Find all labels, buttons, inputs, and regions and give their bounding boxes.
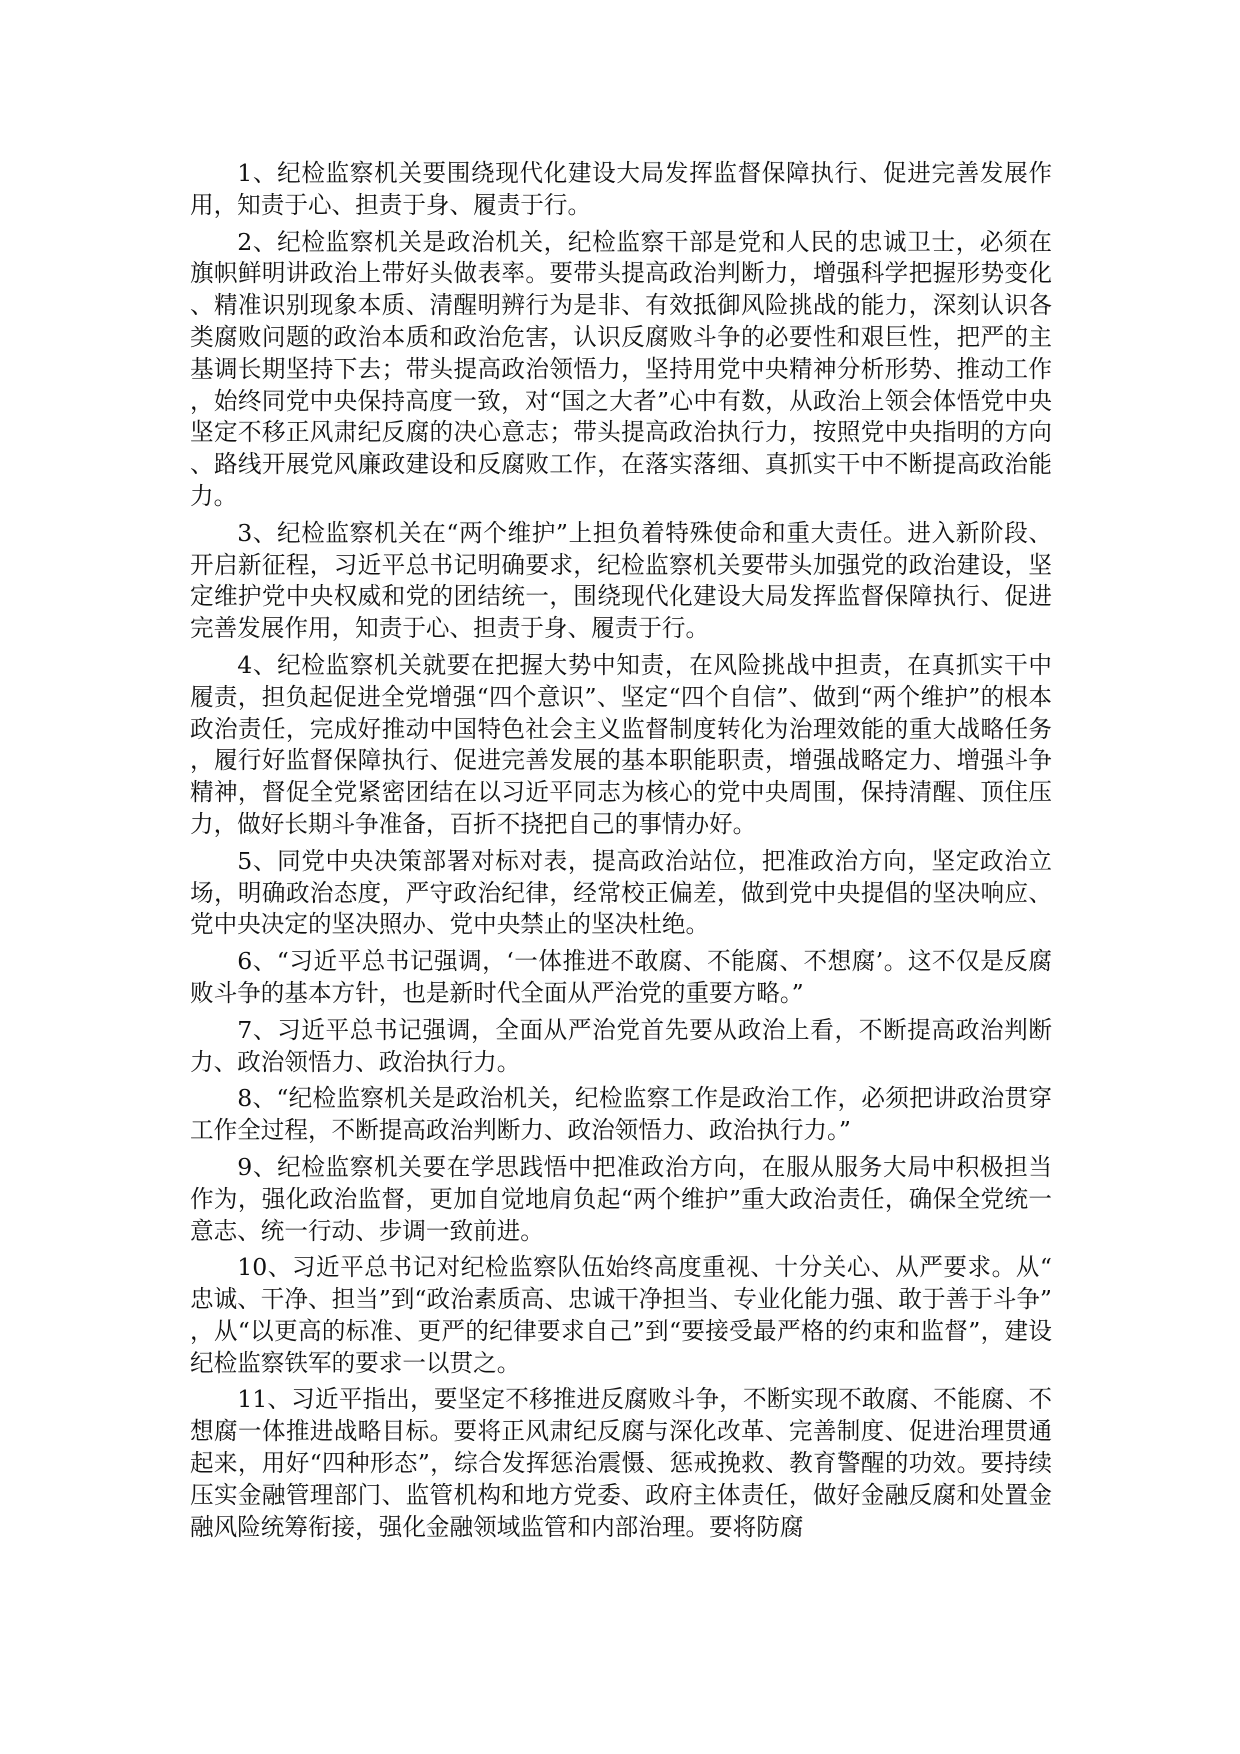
paragraph-5: 5、同党中央决策部署对标对表，提高政治站位，把准政治方向，坚定政治立场，明确政治… [190,846,1052,941]
paragraph-11: 11、习近平指出，要坚定不移推进反腐败斗争，不断实现不敢腐、不能腐、不想腐一体推… [190,1384,1052,1543]
paragraph-8: 8、“纪检监察机关是政治机关，纪检监察工作是政治工作，必须把讲政治贯穿工作全过程… [190,1083,1052,1147]
paragraph-6: 6、“习近平总书记强调，‘一体推进不敢腐、不能腐、不想腐’。这不仅是反腐败斗争的… [190,946,1052,1010]
paragraph-2: 2、纪检监察机关是政治机关，纪检监察干部是党和人民的忠诚卫士，必须在旗帜鲜明讲政… [190,227,1052,513]
paragraph-7: 7、习近平总书记强调，全面从严治党首先要从政治上看，不断提高政治判断力、政治领悟… [190,1015,1052,1079]
paragraph-1: 1、纪检监察机关要围绕现代化建设大局发挥监督保障执行、促进完善发展作用，知责于心… [190,158,1052,222]
document-page: 1、纪检监察机关要围绕现代化建设大局发挥监督保障执行、促进完善发展作用，知责于心… [190,158,1052,1548]
paragraph-4: 4、纪检监察机关就要在把握大势中知责，在风险挑战中担责，在真抓实干中履责，担负起… [190,650,1052,841]
paragraph-10: 10、习近平总书记对纪检监察队伍始终高度重视、十分关心、从严要求。从“忠诚、干净… [190,1252,1052,1379]
paragraph-3: 3、纪检监察机关在“两个维护”上担负着特殊使命和重大责任。进入新阶段、开启新征程… [190,518,1052,645]
paragraph-9: 9、纪检监察机关要在学思践悟中把准政治方向，在服从服务大局中积极担当作为，强化政… [190,1152,1052,1247]
